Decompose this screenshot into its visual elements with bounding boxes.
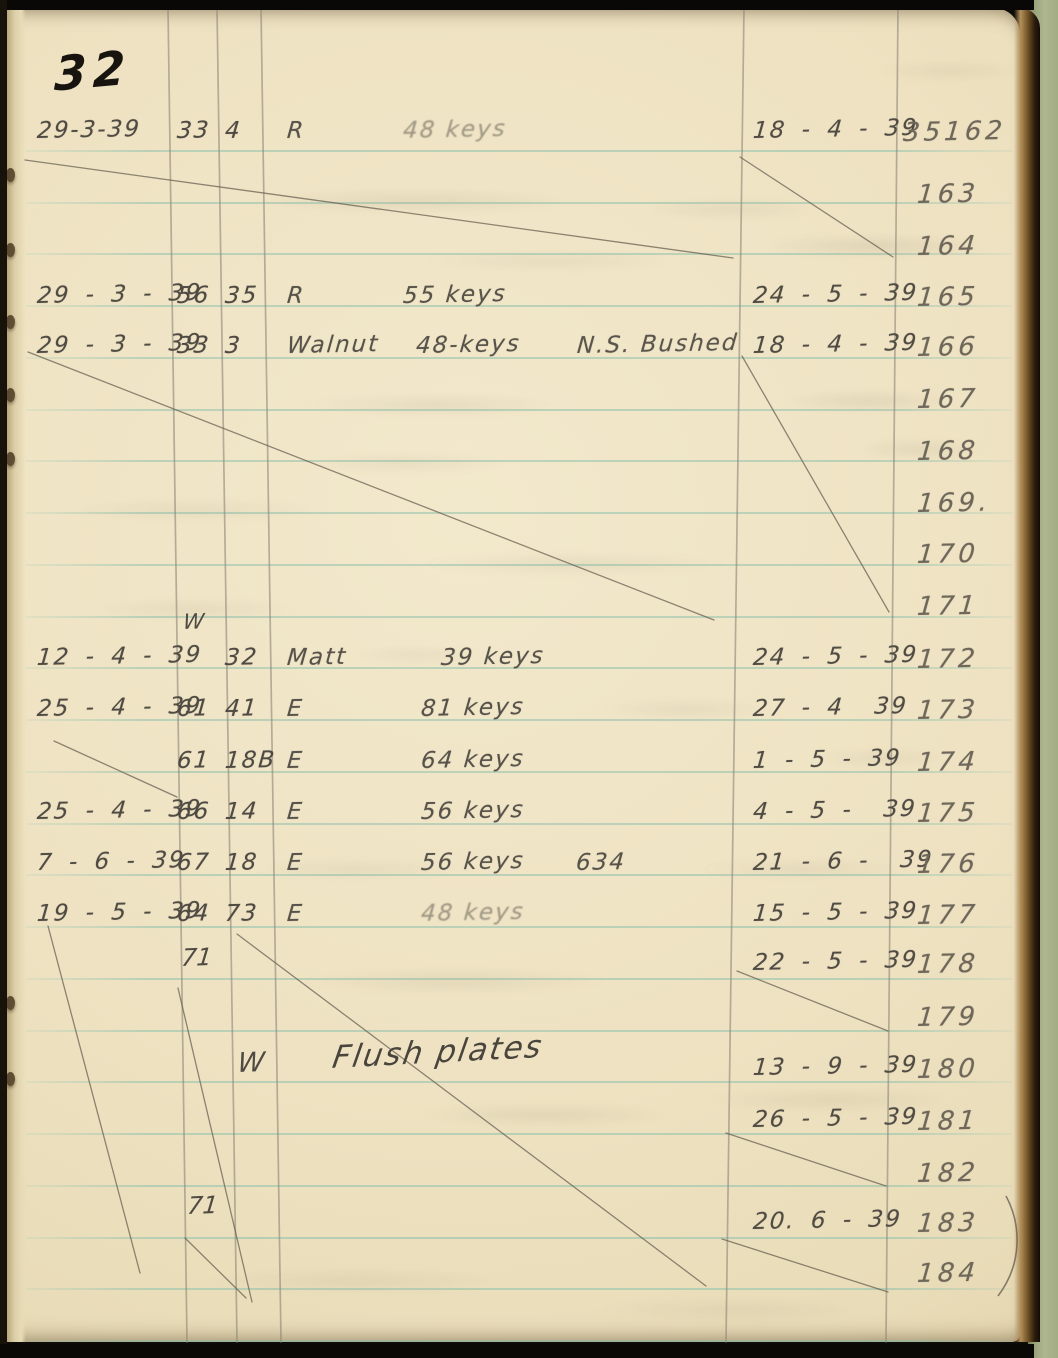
ledger-cell-c: R <box>286 118 306 144</box>
ledger-cell-serial: 181 <box>916 1106 980 1137</box>
ledger-cell-serial: 180 <box>916 1054 980 1085</box>
ledger-cell-date2: 22 - 5 - 39 <box>752 947 919 976</box>
pencil-strike-line <box>185 1238 246 1298</box>
pencil-strike-line <box>740 157 893 257</box>
ledger-cell-desc: 39 keys <box>440 643 546 671</box>
ledger-cell-c: Matt <box>286 644 348 671</box>
ledger-cell-serial: 163 <box>916 179 980 210</box>
ledger-cell-c: Walnut <box>286 331 380 359</box>
ledger-cell-date2: 26 - 5 - 39 <box>752 1104 919 1133</box>
ledger-cell-a: 67 <box>176 849 212 876</box>
ledger-cell-date2: 1 - 5 - 39 <box>752 745 903 774</box>
ledger-cell-desc: 48 keys <box>402 116 508 144</box>
ledger-cell-a: 56 <box>176 282 212 309</box>
ledger-cell-serial: 164 <box>916 231 980 262</box>
ledger-cell-date2: 18 - 4 - 39 <box>752 115 919 144</box>
ledger-cell-serial: 172 <box>916 644 980 675</box>
ledger-cell-desc: 56 keys <box>420 848 526 876</box>
ledger-cell-serial: 179 <box>916 1002 980 1033</box>
ledger-cell-note: N.S. Bushed <box>576 330 740 359</box>
ledger-cell-date: 12 - 4 - 39 <box>36 642 203 671</box>
handwritten-mark: 71 <box>180 943 213 972</box>
ledger-cell-serial: 167 <box>916 384 980 415</box>
ledger-cell-serial: 178 <box>916 949 980 980</box>
ledger-cell-c: E <box>286 799 305 825</box>
ledger-cell-serial: 175 <box>916 798 980 829</box>
ledger-cell-b: 18B <box>224 747 277 774</box>
ledger-cell-extra: 634 <box>575 849 627 876</box>
ledger-cell-a: 61 <box>176 747 212 774</box>
ledger-cell-b: 41 <box>224 695 260 722</box>
pencil-strike-line <box>237 934 706 1286</box>
ledger-cell-c: R <box>286 283 306 309</box>
pencil-strike-line <box>737 971 888 1031</box>
ledger-cell-a: 33 <box>176 117 212 144</box>
ledger-cell-date2: 18 - 4 - 39 <box>752 330 919 359</box>
pencil-column-rule <box>886 8 898 1342</box>
scanned-ledger-page: 32 29-3-39334R48 keys18 - 4 - 3935162163… <box>0 0 1058 1358</box>
ledger-cell-date2: 24 - 5 - 39 <box>752 642 919 671</box>
pencil-column-rule <box>168 8 187 1342</box>
ledger-cell-desc: 48-keys <box>415 331 522 359</box>
ledger-cell-date2: 27 - 4 39 <box>752 693 909 722</box>
pencil-strike-line <box>722 1239 888 1292</box>
ledger-cell-date2: 15 - 5 - 39 <box>752 898 919 927</box>
handwritten-mark: W <box>182 609 205 634</box>
scan-edge-bottom <box>0 1344 1034 1358</box>
ledger-cell-date2: 21 - 6 - 39 <box>752 846 935 876</box>
pencil-strike-line <box>726 1133 886 1186</box>
ledger-cell-c: E <box>286 748 305 774</box>
ledger-cell-serial: 183 <box>916 1208 980 1239</box>
ledger-cell-b: 3 <box>224 333 243 359</box>
ledger-cell-a: 61 <box>176 695 212 722</box>
ledger-cell-c: E <box>286 901 305 927</box>
pencil-strike-line <box>54 741 177 797</box>
pencil-strike-line <box>28 352 714 620</box>
ledger-cell-serial: 170 <box>916 539 980 570</box>
ledger-cell-b: 14 <box>224 798 260 825</box>
ledger-cell-b: 32 <box>224 644 260 671</box>
ledger-cell-a: 66 <box>176 798 212 825</box>
pencil-strike-line <box>178 988 252 1302</box>
ledger-cell-serial: 182 <box>916 1158 980 1189</box>
ledger-cell-serial: 177 <box>916 900 980 931</box>
ledger-cell-date: 7 - 6 - 39 <box>36 847 187 876</box>
ledger-cell-b: 35 <box>224 282 260 309</box>
pencil-strike-line <box>25 160 733 258</box>
ledger-cell-date2: 24 - 5 - 39 <box>752 280 919 309</box>
pencil-column-rule <box>217 8 237 1342</box>
pencil-column-rule <box>726 8 744 1342</box>
ledger-cell-b: 4 <box>224 118 243 144</box>
pencil-lines-layer <box>0 0 1058 1358</box>
ledger-cell-c: E <box>286 696 305 722</box>
pencil-bracket <box>998 1196 1017 1296</box>
ledger-cell-serial: 169. <box>916 488 992 519</box>
ledger-cell-serial: 174 <box>916 747 980 778</box>
page-number: 32 <box>54 40 132 102</box>
ledger-cell-date2: 13 - 9 - 39 <box>752 1052 919 1081</box>
ledger-cell-date2: 4 - 5 - 39 <box>752 796 918 825</box>
ledger-cell-serial: 168 <box>916 436 980 467</box>
ledger-cell-serial: 184 <box>916 1258 980 1289</box>
ledger-cell-desc: 64 keys <box>420 746 526 774</box>
ledger-cell-desc: 56 keys <box>420 797 526 825</box>
ledger-cell-serial: 35162 <box>902 116 1007 148</box>
ledger-cell-desc: 48 keys <box>420 899 526 927</box>
ledger-cell-serial: 171 <box>916 591 980 622</box>
ledger-cell-a: 64 <box>176 900 212 927</box>
ledger-cell-b: 18 <box>224 849 260 876</box>
pencil-strike-line <box>48 926 140 1273</box>
pencil-strike-line <box>742 356 889 612</box>
ledger-cell-serial: 165 <box>916 282 980 313</box>
ledger-cell-serial: 176 <box>916 849 980 880</box>
ledger-cell-b: 73 <box>224 900 260 927</box>
ledger-cell-a: 33 <box>176 332 212 359</box>
handwritten-mark: 71 <box>186 1191 219 1220</box>
ledger-cell-serial: 173 <box>916 695 980 726</box>
handwritten-mark: W <box>236 1047 266 1079</box>
scan-edge-left <box>0 0 7 1358</box>
ledger-cell-desc: 55 keys <box>402 281 508 309</box>
ledger-cell-c: E <box>286 850 305 876</box>
ledger-cell-desc: 81 keys <box>420 694 526 722</box>
ledger-cell-date2: 20. 6 - 39 <box>752 1206 903 1235</box>
pencil-column-rule <box>261 8 281 1342</box>
ledger-cell-serial: 166 <box>916 332 980 363</box>
ledger-cell-date: 29-3-39 <box>36 116 142 144</box>
scan-edge-top <box>0 0 1034 10</box>
